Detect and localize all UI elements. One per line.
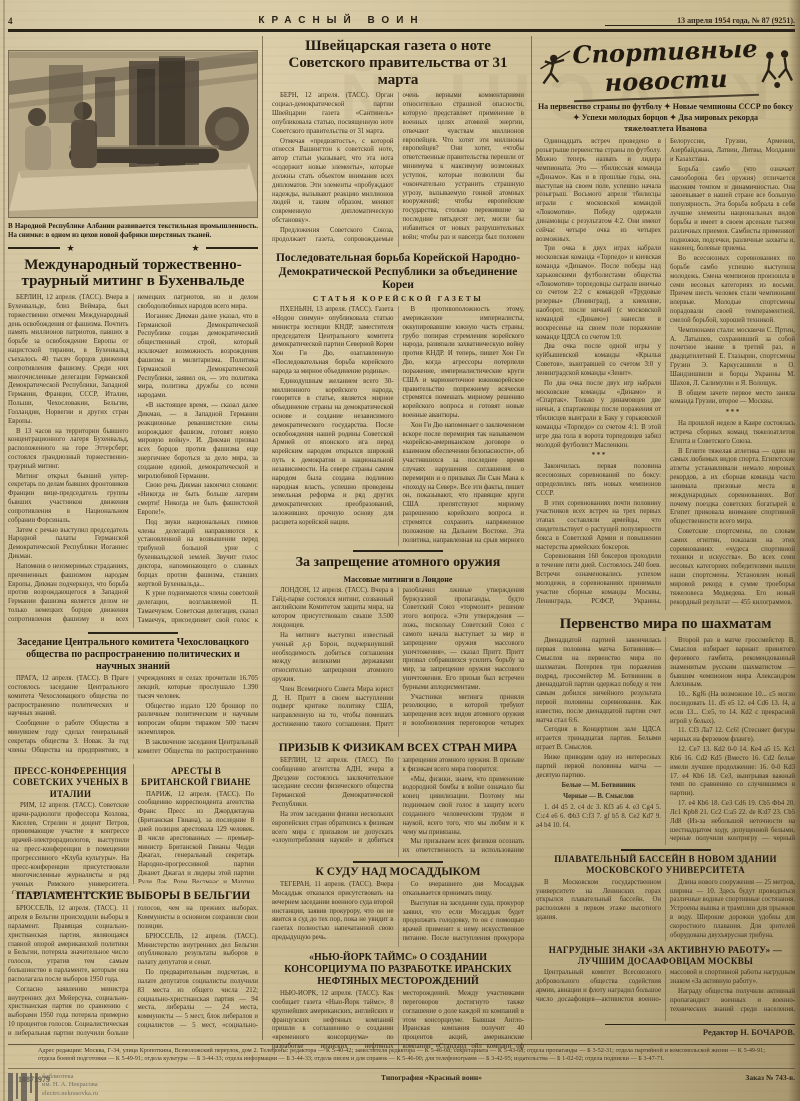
article-body: БЕРЛИН, 12 апреля. (ТАСС). По сообщению … (272, 757, 524, 857)
article-physicists-appeal: ПРИЗЫВ К ФИЗИКАМ ВСЕХ СТРАН МИРА БЕРЛИН,… (272, 742, 524, 857)
paragraph: Чемпионами стали: москвичи С. Пртин, А. … (670, 327, 795, 389)
paragraph: В общем зачете первое место заняла коман… (670, 390, 795, 408)
page-number: 4 (8, 16, 78, 26)
paragraph: РИМ, 12 апреля. (ТАСС). Советские врачи-… (12, 802, 129, 894)
article-arrests-guiana: АРЕСТЫ В БРИТАНСКОЙ ГВИАНЕ ПАРИЖ, 12 апр… (133, 764, 258, 884)
article-title: Последовательная борьба Корейской Народн… (272, 252, 524, 292)
stamp-line: им. Н. А. Некрасова (42, 1081, 228, 1089)
paragraph: Общество издало 120 брошюр по различным … (138, 703, 259, 738)
newspaper-page: КРАСНЫЙ ВОИН 4 КРАСНЫЙ ВОИН 13 апреля 19… (0, 0, 800, 1101)
paragraph: Второй раз в матче гроссмейстер В. Смысл… (670, 637, 795, 690)
paragraph: Черные — В. Смыслов (536, 793, 661, 802)
article-body: Двенадцатой партией закончилась первая п… (536, 637, 795, 845)
article-body: ЛОНДОН, 12 апреля. (ТАСС). Вчера в Гайд-… (272, 587, 524, 737)
stamp-line: библиотека (42, 1073, 228, 1081)
paragraph: В Египте тяжелая атлетика — один из самы… (670, 448, 795, 527)
paragraph: По два очка после двух игр набрали моско… (536, 380, 661, 451)
article-title: ПРИЗЫВ К ФИЗИКАМ ВСЕХ СТРАН МИРА (272, 742, 524, 755)
sports-subhead-line: тяжелоатлета Иванова (536, 124, 795, 135)
section-divider (353, 550, 443, 552)
article-buchenwald: Международный торжественно-траурный мити… (8, 257, 258, 629)
section-divider (621, 849, 711, 851)
article-body: БРЮССЕЛЬ, 12 апреля. (ТАСС). 11 апреля в… (8, 905, 258, 1039)
paragraph: В 13 часов на территории бывшего концент… (8, 428, 129, 472)
article-mossadegh-trial: К СУДУ НАД МОСАДДЫКОМ ТЕГЕРАН, 11 апреля… (272, 866, 524, 947)
editorial-address: Адрес редакции: Москва, Г-34, улица Кроп… (8, 1047, 795, 1064)
page-left-edge (3, 0, 5, 1101)
paragraph: * * * (670, 409, 795, 418)
paragraph: Свою речь Дикман закончил словами: «Нико… (138, 482, 259, 517)
javelin-thrower-icon (536, 39, 573, 97)
print-order-number: Заказ № 743-в. (635, 1073, 795, 1082)
sub-articles-row: ПРЕСС-КОНФЕРЕНЦИЯ СОВЕТСКИХ УЧЕНЫХ В ИТА… (8, 764, 258, 884)
middle-column: Швейцарская газета о ноте Советского пра… (268, 36, 528, 1052)
sports-section-title: Спортивные новости (572, 34, 759, 102)
paragraph: * * * (536, 452, 661, 461)
paragraph: Два очка после одной игры у куйбышевской… (536, 343, 661, 378)
paragraph: БРЮССЕЛЬ, 12 апреля. (ТАСС). 11 апреля в… (8, 905, 129, 984)
paragraph: В Московском государственном университет… (536, 879, 661, 923)
article-subtitle: СТАТЬЯ КОРЕЙСКОЙ ГАЗЕТЫ (272, 294, 524, 303)
page-right-edge (788, 0, 800, 1101)
masthead: 4 КРАСНЫЙ ВОИН 13 апреля 1954 года, № 87… (8, 6, 795, 32)
column-rule-left (262, 36, 263, 1040)
article-dosaaf-badges: НАГРУДНЫЕ ЗНАКИ «ЗА АКТИВНУЮ РАБОТУ» — Л… (536, 945, 795, 1022)
paragraph: Затем с речью выступил председатель Наро… (8, 527, 129, 562)
article-press-conference: ПРЕСС-КОНФЕРЕНЦИЯ СОВЕТСКИХ УЧЕНЫХ В ИТА… (8, 764, 133, 884)
article-title: К СУДУ НАД МОСАДДЫКОМ (272, 866, 524, 879)
paragraph: БЕРЛИН, 12 апреля. (ТАСС). Вчера в Бухен… (8, 294, 129, 426)
star-divider: ★★ (8, 243, 258, 254)
editor-line: Редактор Н. БОЧАРОВ. (605, 1024, 795, 1037)
article-title: Швейцарская газета о ноте Советского пра… (272, 38, 524, 88)
article-czech-society: Заседание Центрального комитета Чехослов… (8, 637, 258, 759)
paragraph: Иоганнес Дикман далее указал, что в Герм… (138, 313, 259, 401)
article-swimming-pool: ПЛАВАТЕЛЬНЫЙ БАССЕЙН В НОВОМ ЗДАНИИ МОСК… (536, 854, 795, 941)
footer-bottom-row: 10871979 библиотека им. Н. А. Некрасова … (8, 1068, 795, 1098)
paragraph: Сегодня в Концертном зале ЦДСА играется … (536, 726, 661, 752)
paragraph: ПХЕНЬЯН, 13 апреля. (ТАСС). Газета «Нодо… (272, 306, 394, 377)
paragraph: Три очка в двух играх набрали московская… (536, 245, 661, 342)
paragraph: Под звуки национальных гимнов члены деле… (138, 519, 259, 590)
paragraph: Длина нового сооружения — 25 метров, шир… (670, 879, 795, 941)
article-title: НАГРУДНЫЕ ЗНАКИ «ЗА АКТИВНУЮ РАБОТУ» — Л… (536, 945, 795, 968)
paragraph: 11. Сf3 Лa7 12. Сc6! (Стесняет фигуры че… (670, 727, 795, 745)
paragraph: ТЕГЕРАН, 11 апреля. (ТАСС). Вчера Мосадд… (272, 881, 394, 943)
article-title: «НЬЮ-ЙОРК ТАЙМС» О СОЗДАНИИ КОНСОРЦИУМА … (272, 952, 524, 988)
footer: Адрес редакции: Москва, Г-34, улица Кроп… (8, 1044, 795, 1098)
paragraph: НЬЮ-ЙОРК, 12 апреля. (ТАСС). Как сообщае… (272, 990, 524, 1052)
sports-article-body: Одиннадцать встреч проведено в розыгрыше… (536, 138, 795, 610)
paragraph: БЕРН, 12 апреля. (ТАСС). Орган социал-де… (272, 92, 394, 136)
paragraph: В этих соревнованиях почти половину учас… (536, 500, 661, 553)
sports-subhead-line: ✦ Успехи молодых борцов ✦ Два мировых ре… (536, 113, 795, 124)
article-nyt-consortium: «НЬЮ-ЙОРК ТАЙМС» О СОЗДАНИИ КОНСОРЦИУМА … (272, 952, 524, 1052)
paragraph: Одиннадцать встреч проведено в розыгрыше… (536, 138, 661, 244)
stamp-number: 10871979 (18, 1075, 50, 1085)
paragraph: 1. d4 d5 2. c4 dc 3. Кf3 a6 4. e3 Сg4 5.… (536, 804, 661, 830)
article-title: Международный торжественно-траурный мити… (8, 257, 258, 291)
article-swiss-note: Швейцарская газета о ноте Советского пра… (272, 38, 524, 247)
date-issue-line: 13 апреля 1954 года, № 87 (9251). (605, 16, 795, 26)
paragraph: БЕРЛИН, 12 апреля. (ТАСС). По сообщению … (272, 757, 394, 810)
photo-albania-textile-factory (8, 50, 258, 218)
paragraph: «В настоящее время, — сказал далее Дикма… (138, 402, 259, 481)
paragraph: «Мы, физики, знаем, что применение водор… (403, 776, 525, 838)
paragraph: На митинге выступил известный ученый д-р… (272, 632, 394, 685)
article-title: ПАРЛАМЕНТСКИЕ ВЫБОРЫ В БЕЛЬГИИ (8, 890, 258, 903)
paragraph: Советские спортсмены, по словам самих ег… (670, 528, 795, 607)
photo-caption: В Народной Республике Албании развиваетс… (8, 222, 258, 240)
article-body: РИМ, 12 апреля. (ТАСС). Советские врачи-… (12, 802, 129, 894)
article-body: В Московском государственном университет… (536, 879, 795, 941)
stamp-line: electro.nekrasovka.ru (42, 1090, 228, 1098)
sports-subhead-line: На первенство страны по футболу ✦ Новые … (536, 102, 795, 113)
article-body: НЬЮ-ЙОРК, 12 апреля. (ТАСС). Как сообщае… (272, 990, 524, 1052)
column-rule-right (531, 36, 532, 1040)
left-column: В Народной Республике Албании развиваетс… (8, 36, 258, 1039)
article-atomic-ban: За запрещение атомного оружия Массовые м… (272, 555, 524, 737)
article-body: ПХЕНЬЯН, 13 апреля. (ТАСС). Газета «Нодо… (272, 306, 524, 546)
typography-line: Типография «Красный воин» (228, 1073, 635, 1082)
article-title: За запрещение атомного оружия (272, 555, 524, 571)
article-title: Первенство мира по шахматам (536, 616, 795, 633)
article-title: ПЛАВАТЕЛЬНЫЙ БАССЕЙН В НОВОМ ЗДАНИИ МОСК… (536, 854, 795, 877)
article-title: ПРЕСС-КОНФЕРЕНЦИЯ СОВЕТСКИХ УЧЕНЫХ В ИТА… (12, 766, 129, 800)
article-subtitle: Массовые митинги в Лондоне (272, 575, 524, 584)
paragraph: ЛОНДОН, 12 апреля. (ТАСС). Вчера в Гайд-… (272, 587, 394, 631)
paragraph: 12. Сe7 13. Кd2 0-0 14. Кe4 a5 15. Кc1 К… (670, 746, 795, 799)
sports-subheads: На первенство страны по футболу ✦ Новые … (536, 102, 795, 134)
paragraph: Со вчерашнего дня Мосаддык отказывается … (403, 881, 525, 899)
paragraph: 10... Кgf6 (На возможное 10... c5 могло … (670, 691, 795, 726)
article-title: АРЕСТЫ В БРИТАНСКОЙ ГВИАНЕ (138, 766, 254, 789)
paragraph: ПАРИЖ, 12 апреля. (ТАСС). По сообщению к… (138, 791, 254, 883)
paragraph: Ниже приводим одну из интересных партий … (536, 754, 661, 780)
paragraph: Закончилась первая половина всесоюзных с… (536, 463, 661, 498)
article-belgium-elections: ПАРЛАМЕНТСКИЕ ВЫБОРЫ В БЕЛЬГИИ БРЮССЕЛЬ,… (8, 890, 258, 1039)
section-divider (353, 861, 443, 863)
section-divider (88, 632, 178, 634)
article-body: БЕРН, 12 апреля. (ТАСС). Орган социал-де… (272, 92, 524, 247)
article-body: БЕРЛИН, 12 апреля. (ТАСС). Вчера в Бухен… (8, 294, 258, 628)
article-korea-unification: Последовательная борьба Корейской Народн… (272, 252, 524, 546)
star-icon: ★ (66, 243, 74, 254)
sports-banner: Спортивные новости (536, 36, 795, 100)
article-body: ПРАГА, 12 апреля. (ТАСС). В Праге состоя… (8, 675, 258, 759)
right-column: Спортивные новости На первенство страны … (536, 36, 795, 1037)
star-icon: ★ (191, 243, 199, 254)
newspaper-title: КРАСНЫЙ ВОИН (78, 15, 605, 26)
paragraph: В противоположность этому, американские … (403, 306, 525, 421)
paragraph: Белые — М. Ботвинник (536, 782, 661, 791)
paragraph: На прошлой неделе в Каире состоялась вст… (670, 420, 795, 446)
paragraph: БРЮССЕЛЬ, 12 апреля. (ТАСС). Министерств… (138, 933, 259, 968)
paragraph: Единодушным желанием всего 30-миллионног… (272, 378, 394, 528)
library-stamp: 10871979 библиотека им. Н. А. Некрасова … (8, 1073, 228, 1098)
paragraph: ПРАГА, 12 апреля. (ТАСС). В Праге состоя… (8, 675, 129, 719)
paragraph: Митинг открыл бывший унтер-секретарь по … (8, 473, 129, 526)
article-body: ТЕГЕРАН, 11 апреля. (ТАСС). Вчера Мосадд… (272, 881, 524, 947)
article-chess-championship: Первенство мира по шахматам Двенадцатой … (536, 616, 795, 845)
article-title: Заседание Центрального комитета Чехослов… (8, 637, 258, 673)
paragraph: Двенадцатой партией закончилась первая п… (536, 637, 661, 725)
article-body: Центральный комитет Всесоюзного добровол… (536, 969, 795, 1021)
paragraph: Борьба самбо (что означает самооборона б… (670, 166, 795, 254)
paragraph: Отмечая «предвзятость», с которой отнесс… (272, 138, 394, 226)
paragraph: Во всесоюзных соревнованиях по борьбе са… (670, 255, 795, 326)
article-body: ПАРИЖ, 12 апреля. (ТАСС). По сообщению к… (138, 791, 254, 883)
factory-photo-illustration (9, 51, 258, 218)
